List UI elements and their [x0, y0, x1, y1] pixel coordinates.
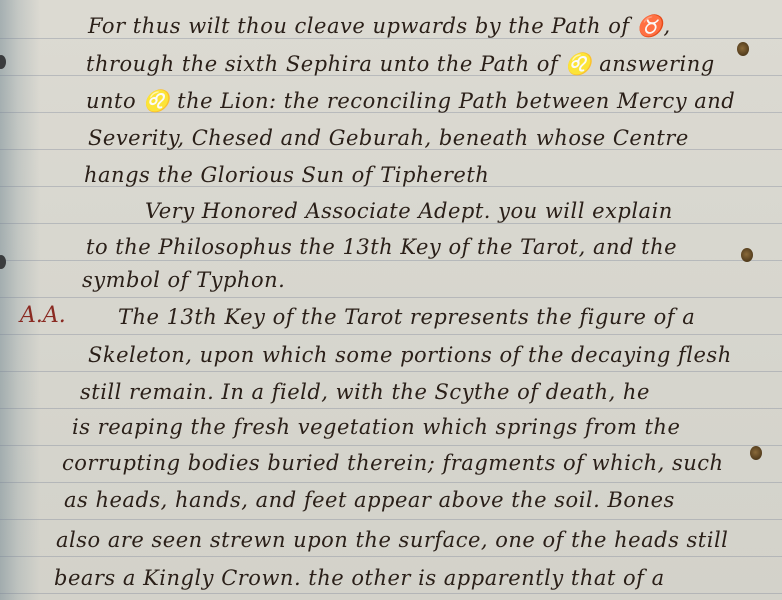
punch-hole	[750, 446, 762, 460]
punch-hole	[741, 248, 753, 262]
text-line: For thus wilt thou cleave upwards by the…	[88, 14, 671, 39]
ruled-line	[0, 260, 782, 261]
text-line: corrupting bodies buried therein; fragme…	[62, 451, 724, 475]
ruled-line	[0, 334, 782, 335]
margin-annotation: A.A.	[20, 303, 66, 328]
text-line: also are seen strewn upon the surface, o…	[56, 528, 728, 552]
text-line: unto ♌ the Lion: the reconciling Path be…	[86, 89, 735, 114]
text-line: is reaping the fresh vegetation which sp…	[72, 415, 680, 439]
ruled-line	[0, 371, 782, 372]
ruled-line	[0, 556, 782, 557]
binder-hole	[0, 255, 6, 269]
text-line: symbol of Typhon.	[82, 268, 285, 292]
ruled-line	[0, 482, 782, 483]
text-line: bears a Kingly Crown. the other is appar…	[54, 566, 665, 590]
ruled-line	[0, 519, 782, 520]
text-line: still remain. In a field, with the Scyth…	[80, 380, 650, 404]
punch-hole	[737, 42, 749, 56]
text-line: The 13th Key of the Tarot represents the…	[118, 305, 695, 329]
ruled-line	[0, 445, 782, 446]
text-line: through the sixth Sephira unto the Path …	[86, 52, 715, 77]
text-line: hangs the Glorious Sun of Tiphereth	[84, 163, 489, 187]
binder-hole	[0, 55, 6, 69]
manuscript-page: A.A. For thus wilt thou cleave upwards b…	[0, 0, 782, 600]
text-line: Skeleton, upon which some portions of th…	[88, 343, 732, 367]
text-line: as heads, hands, and feet appear above t…	[64, 488, 675, 512]
text-line: Severity, Chesed and Geburah, beneath wh…	[88, 126, 689, 150]
text-line: Very Honored Associate Adept. you will e…	[145, 199, 673, 223]
ruled-line	[0, 223, 782, 224]
ruled-line	[0, 408, 782, 409]
ruled-line	[0, 297, 782, 298]
ruled-line	[0, 593, 782, 594]
text-line: to the Philosophus the 13th Key of the T…	[86, 235, 677, 259]
